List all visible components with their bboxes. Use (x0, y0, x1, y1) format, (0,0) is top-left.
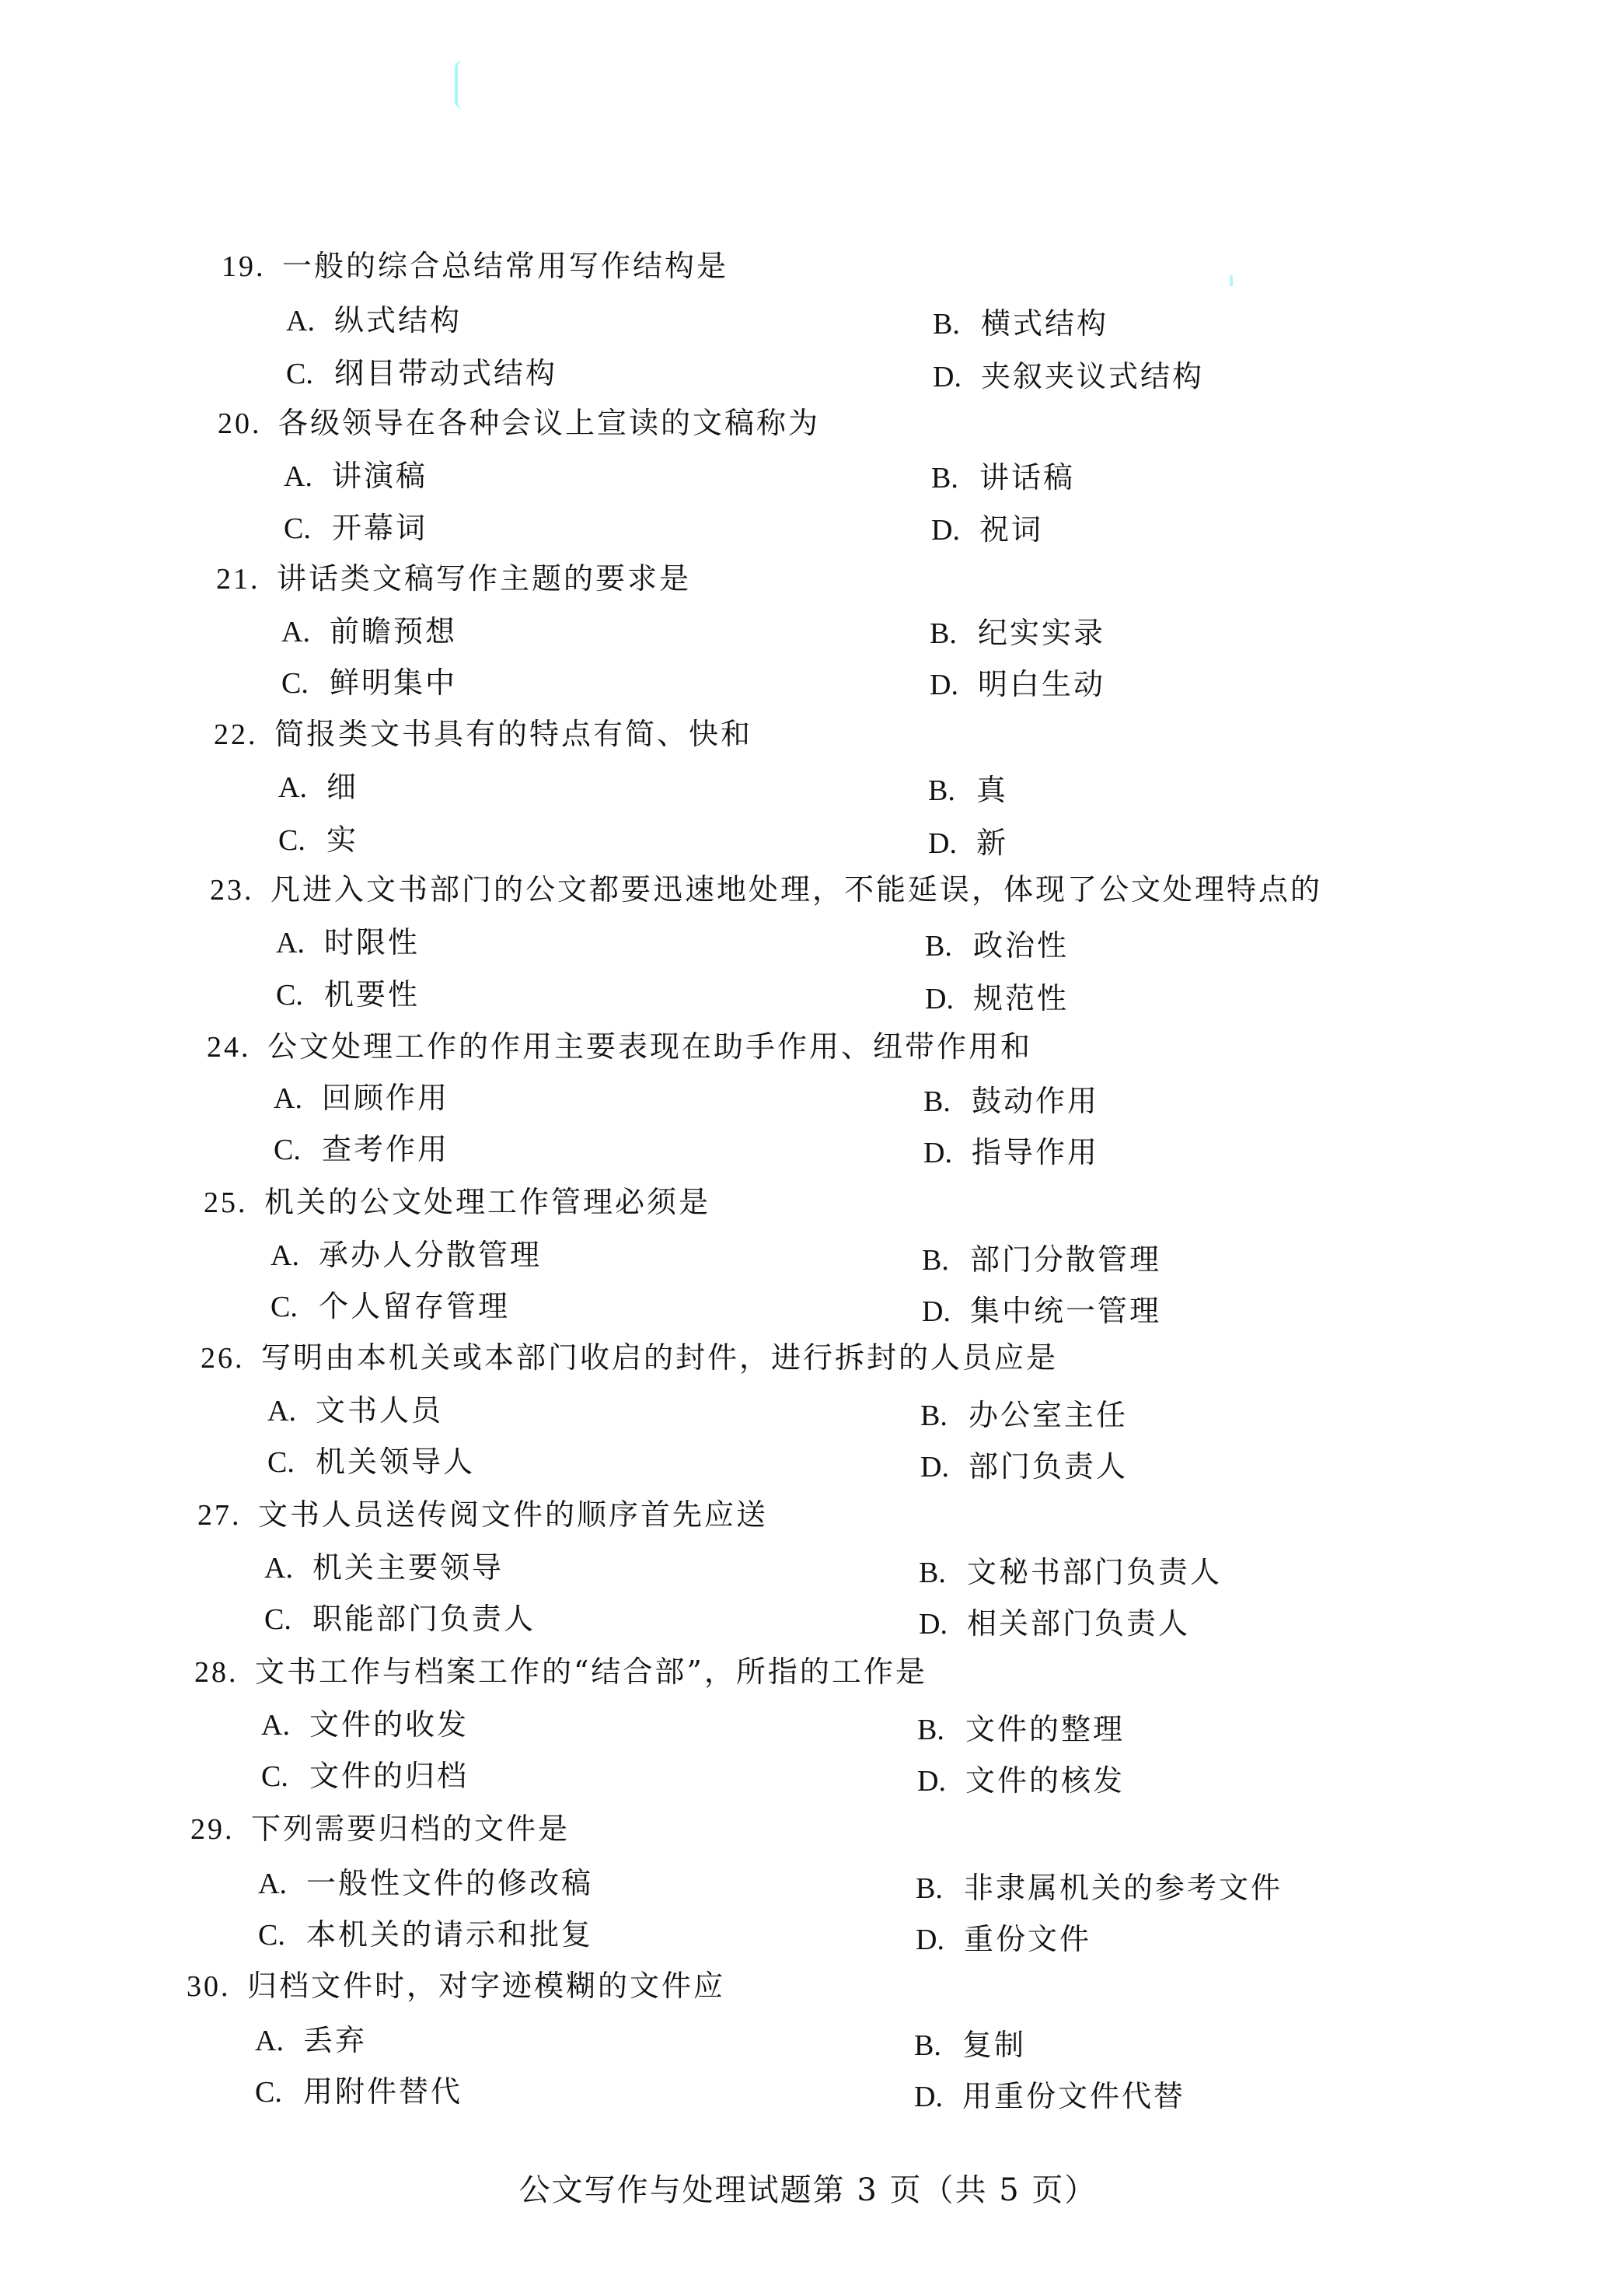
question-text: 一般的综合总结常用写作结构是 (282, 249, 728, 283)
option-text: 文件的核发 (965, 1763, 1125, 1798)
option-c: C.查考作用 (274, 1131, 449, 1169)
option-a: A.机关主要领导 (264, 1549, 504, 1587)
option-letter: A. (261, 1707, 309, 1744)
question-stem: 21.讲话类文稿写作主题的要求是 (216, 560, 691, 598)
question-number: 23. (210, 872, 270, 909)
question-number: 29. (190, 1811, 251, 1848)
option-text: 文书人员 (316, 1393, 443, 1428)
question-number: 22. (214, 716, 274, 753)
option-letter: D. (922, 1293, 970, 1330)
option-text: 纪实实录 (978, 616, 1105, 650)
option-letter: D. (916, 1921, 964, 1959)
question-number: 24. (207, 1029, 267, 1066)
option-letter: A. (264, 1550, 312, 1587)
option-letter: D. (920, 1449, 969, 1486)
option-letter: A. (258, 1865, 306, 1903)
option-a: A.纵式结构 (286, 302, 462, 340)
option-c: C.用附件替代 (255, 2073, 462, 2111)
option-d: D.集中统一管理 (922, 1292, 1161, 1330)
option-letter: D. (928, 825, 976, 862)
question-text: 公文处理工作的作用主要表现在助手作用、纽带作用和 (267, 1029, 1032, 1064)
question-stem: 25.机关的公文处理工作管理必须是 (204, 1183, 710, 1221)
question-stem: 30.归档文件时，对字迹模糊的文件应 (187, 1967, 725, 2005)
option-letter: B. (928, 772, 976, 809)
option-text: 机关领导人 (316, 1445, 475, 1479)
option-letter: C. (281, 665, 330, 702)
option-letter: B. (914, 2027, 962, 2064)
option-a: A.承办人分散管理 (270, 1236, 542, 1274)
option-c: C.纲目带动式结构 (286, 355, 557, 393)
option-text: 机关主要领导 (312, 1550, 504, 1585)
option-c: C.开幕词 (284, 509, 428, 547)
option-text: 机要性 (324, 977, 420, 1012)
option-a: A.一般性文件的修改稿 (258, 1864, 593, 1903)
option-c: C.个人留存管理 (270, 1288, 510, 1326)
question-text: 简报类文书具有的特点有简、快和 (274, 717, 752, 751)
option-text: 鼓动作用 (972, 1084, 1099, 1118)
option-text: 部门分散管理 (970, 1242, 1161, 1277)
option-letter: D. (919, 1606, 967, 1643)
option-a: A.丢弃 (255, 2022, 367, 2060)
option-text: 时限性 (324, 925, 420, 959)
question-number: 19. (222, 248, 282, 285)
option-letter: A. (270, 1237, 319, 1274)
question-number: 26. (201, 1340, 261, 1377)
option-b: B.鼓动作用 (923, 1082, 1099, 1120)
option-text: 文件的整理 (965, 1712, 1125, 1746)
option-text: 文秘书部门负责人 (967, 1555, 1222, 1589)
option-text: 文件的归档 (309, 1759, 469, 1793)
option-text: 文件的收发 (309, 1707, 469, 1742)
option-text: 横式结构 (981, 306, 1108, 341)
option-text: 讲演稿 (332, 459, 428, 493)
option-c: C.本机关的请示和批复 (258, 1916, 593, 1954)
option-letter: D. (930, 666, 978, 704)
question-text: 凡进入文书部门的公文都要迅速地处理，不能延误，体现了公文处理特点的 (270, 872, 1322, 907)
option-letter: C. (274, 1131, 322, 1169)
scan-artifact-dot (1230, 275, 1233, 286)
option-c: C.鲜明集中 (281, 664, 457, 702)
question-number: 21. (216, 561, 277, 598)
option-text: 纲目带动式结构 (334, 356, 557, 390)
option-b: B.真 (928, 771, 1008, 809)
question-number: 27. (197, 1497, 258, 1534)
option-c: C.文件的归档 (261, 1757, 469, 1795)
question-number: 28. (194, 1654, 255, 1691)
question-number: 30. (187, 1968, 247, 2005)
option-letter: C. (286, 355, 334, 393)
question-stem: 28.文书工作与档案工作的“结合部”，所指的工作是 (194, 1653, 927, 1691)
option-text: 新 (976, 826, 1008, 860)
option-d: D.明白生动 (930, 666, 1105, 704)
option-b: B.纪实实录 (930, 614, 1105, 652)
question-number: 20. (218, 405, 278, 442)
option-d: D.部门负责人 (920, 1448, 1128, 1486)
option-text: 部门负责人 (969, 1449, 1128, 1483)
option-text: 规范性 (973, 981, 1069, 1015)
option-letter: C. (267, 1444, 316, 1481)
option-text: 纵式结构 (334, 303, 462, 337)
option-letter: B. (933, 306, 981, 343)
question-text: 讲话类文稿写作主题的要求是 (277, 561, 691, 596)
option-a: A.细 (278, 768, 358, 806)
option-b: B.横式结构 (933, 305, 1108, 343)
option-letter: D. (933, 358, 981, 396)
question-stem: 22.简报类文书具有的特点有简、快和 (214, 715, 752, 753)
option-letter: C. (284, 510, 332, 547)
option-letter: A. (278, 769, 326, 806)
option-text: 政治性 (973, 928, 1069, 963)
option-letter: C. (270, 1288, 319, 1326)
option-b: B.政治性 (925, 927, 1069, 965)
option-text: 集中统一管理 (970, 1294, 1161, 1328)
option-text: 丢弃 (303, 2023, 367, 2057)
question-text: 文书人员送传阅文件的顺序首先应送 (258, 1497, 768, 1532)
option-a: A.文件的收发 (261, 1706, 469, 1744)
option-letter: D. (923, 1134, 972, 1172)
option-text: 个人留存管理 (319, 1289, 510, 1323)
option-c: C.机关领导人 (267, 1443, 475, 1481)
option-letter: A. (281, 613, 330, 651)
option-letter: D. (917, 1763, 965, 1800)
option-b: B.非隶属机关的参考文件 (916, 1869, 1283, 1907)
option-letter: B. (923, 1083, 972, 1120)
question-stem: 19.一般的综合总结常用写作结构是 (222, 247, 728, 285)
page-footer: 公文写作与处理试题第 3 页（共 5 页） (0, 2171, 1616, 2210)
option-a: A.时限性 (276, 924, 420, 962)
option-a: A.回顾作用 (274, 1079, 449, 1117)
option-letter: C. (276, 977, 324, 1014)
option-d: D.用重份文件代替 (914, 2078, 1185, 2116)
question-text: 下列需要归档的文件是 (251, 1812, 570, 1846)
option-letter: C. (255, 2074, 303, 2111)
option-b: B.办公室主任 (920, 1396, 1128, 1435)
option-a: A.讲演稿 (284, 457, 428, 495)
question-text: 机关的公文处理工作管理必须是 (264, 1185, 710, 1219)
option-text: 开幕词 (332, 511, 428, 545)
option-letter: B. (931, 460, 979, 497)
option-letter: B. (917, 1711, 965, 1749)
option-letter: B. (922, 1242, 970, 1279)
option-c: C.实 (278, 821, 358, 859)
option-text: 用附件替代 (303, 2074, 462, 2109)
scan-artifact-mark (455, 61, 469, 109)
option-letter: C. (278, 822, 326, 859)
option-d: D.重份文件 (916, 1920, 1091, 1959)
option-b: B.文件的整理 (917, 1711, 1125, 1749)
option-c: C.职能部门负责人 (264, 1600, 536, 1638)
option-letter: B. (925, 928, 973, 965)
option-d: D.文件的核发 (917, 1762, 1125, 1800)
option-letter: C. (264, 1601, 312, 1638)
option-text: 前瞻预想 (330, 614, 457, 648)
option-text: 重份文件 (964, 1922, 1091, 1956)
option-letter: A. (274, 1080, 322, 1117)
option-text: 承办人分散管理 (319, 1238, 542, 1272)
option-text: 复制 (962, 2028, 1026, 2062)
option-text: 职能部门负责人 (312, 1602, 536, 1636)
option-text: 指导作用 (972, 1135, 1099, 1169)
option-letter: A. (284, 458, 332, 495)
option-d: D.指导作用 (923, 1134, 1099, 1172)
option-a: A.文书人员 (267, 1392, 443, 1430)
option-letter: C. (261, 1758, 309, 1795)
option-text: 讲话稿 (979, 460, 1075, 494)
option-text: 细 (326, 770, 358, 804)
option-c: C.机要性 (276, 976, 420, 1014)
option-text: 真 (976, 773, 1008, 807)
option-b: B.讲话稿 (931, 459, 1075, 497)
question-number: 25. (204, 1184, 264, 1221)
option-text: 祝词 (979, 512, 1043, 547)
option-letter: B. (916, 1870, 964, 1907)
option-letter: B. (919, 1554, 967, 1592)
option-b: B.文秘书部门负责人 (919, 1553, 1222, 1592)
option-text: 相关部门负责人 (967, 1606, 1190, 1641)
question-stem: 27.文书人员送传阅文件的顺序首先应送 (197, 1496, 768, 1534)
question-text: 文书工作与档案工作的“结合部”，所指的工作是 (255, 1655, 927, 1689)
option-letter: B. (930, 615, 978, 652)
option-b: B.复制 (914, 2026, 1026, 2064)
option-text: 查考作用 (322, 1132, 449, 1166)
option-b: B.部门分散管理 (922, 1241, 1161, 1279)
option-letter: A. (276, 924, 324, 962)
option-d: D.祝词 (931, 511, 1043, 549)
option-text: 用重份文件代替 (962, 2079, 1185, 2113)
option-text: 明白生动 (978, 667, 1105, 701)
option-text: 办公室主任 (969, 1398, 1128, 1432)
question-stem: 29.下列需要归档的文件是 (190, 1810, 570, 1848)
option-text: 夹叙夹议式结构 (981, 359, 1204, 393)
option-letter: A. (255, 2022, 303, 2060)
option-text: 一般性文件的修改稿 (306, 1866, 593, 1900)
option-text: 鲜明集中 (330, 666, 457, 700)
option-d: D.夹叙夹议式结构 (933, 358, 1204, 396)
exam-page: 19.一般的综合总结常用写作结构是 A.纵式结构 B.横式结构 C.纲目带动式结… (0, 0, 1616, 2296)
question-stem: 26.写明由本机关或本部门收启的封件，进行拆封的人员应是 (201, 1339, 1058, 1377)
option-d: D.新 (928, 824, 1008, 862)
question-stem: 23.凡进入文书部门的公文都要迅速地处理，不能延误，体现了公文处理特点的 (210, 871, 1322, 909)
option-text: 实 (326, 823, 358, 857)
option-d: D.规范性 (925, 980, 1069, 1018)
option-text: 本机关的请示和批复 (306, 1917, 593, 1952)
option-letter: D. (925, 980, 973, 1018)
question-text: 写明由本机关或本部门收启的封件，进行拆封的人员应是 (261, 1340, 1058, 1375)
option-letter: A. (286, 302, 334, 340)
option-letter: D. (931, 512, 979, 549)
option-text: 回顾作用 (322, 1081, 449, 1115)
question-stem: 24.公文处理工作的作用主要表现在助手作用、纽带作用和 (207, 1028, 1032, 1066)
option-letter: A. (267, 1393, 316, 1430)
question-text: 归档文件时，对字迹模糊的文件应 (247, 1969, 725, 2003)
question-text: 各级领导在各种会议上宣读的文稿称为 (278, 406, 820, 440)
option-letter: D. (914, 2078, 962, 2116)
question-stem: 20.各级领导在各种会议上宣读的文稿称为 (218, 404, 820, 442)
option-letter: B. (920, 1397, 969, 1435)
option-text: 非隶属机关的参考文件 (964, 1871, 1283, 1905)
option-a: A.前瞻预想 (281, 613, 457, 651)
option-d: D.相关部门负责人 (919, 1605, 1190, 1643)
option-letter: C. (258, 1917, 306, 1954)
